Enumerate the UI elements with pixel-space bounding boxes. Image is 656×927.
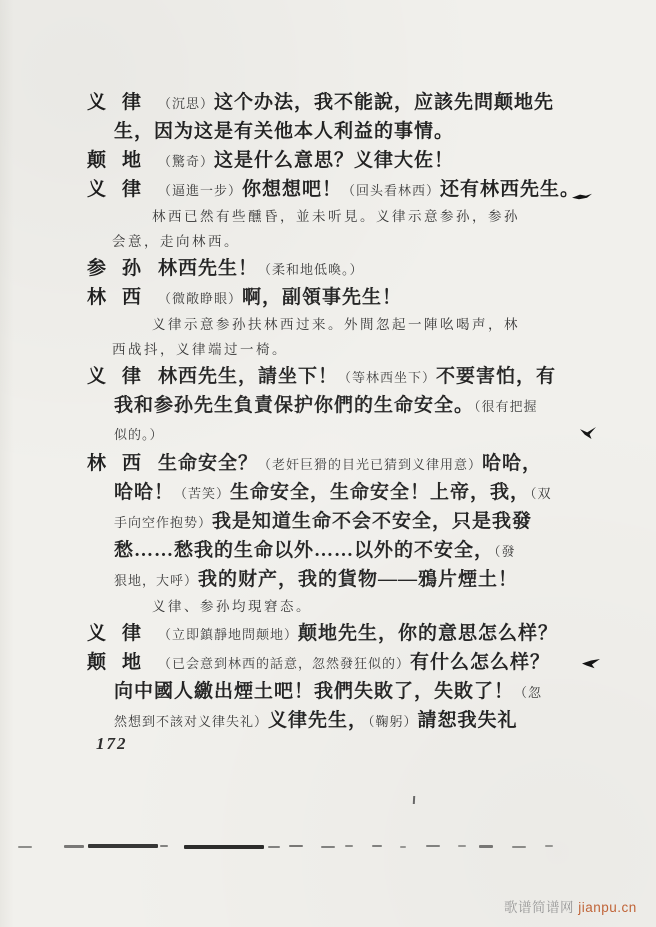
script-line-with-speaker: 义律（沉思）这个办法，我不能說，应該先問颠地先 <box>0 88 656 117</box>
dialogue-text: 林西先生，請坐下！ <box>158 366 338 387</box>
script-line: 义律示意参孙扶林西过来。外間忽起一陣吆喝声，林 <box>0 312 656 337</box>
ink-smudge-segment <box>268 846 280 848</box>
dialogue-text: 生命安全？ <box>158 453 258 474</box>
script-line: 会意，走向林西。 <box>0 229 656 254</box>
speaker-name: 颠地 <box>87 648 141 677</box>
script-line-with-speaker: 林西生命安全？（老奸巨猾的目光已猜到义律用意）哈哈， <box>0 449 656 478</box>
stage-direction-text: 似的。） <box>114 427 164 442</box>
script-line-with-speaker: 义律（逼進一步）你想想吧！（回头看林西）还有林西先生。 <box>0 175 656 204</box>
speaker-name: 林西 <box>87 283 141 312</box>
watermark-site-name: 歌谱简谱网 <box>504 900 574 915</box>
stage-direction-text: （忽 <box>514 685 542 700</box>
stage-direction-text: （微敞睁眼） <box>158 291 242 306</box>
dialogue-text: 这个办法，我不能說，应該先問颠地先 <box>214 92 554 113</box>
ink-smudge-segment <box>345 845 353 847</box>
script-line-with-speaker: 参孙林西先生！（柔和地低喚。） <box>0 254 656 283</box>
stage-direction-text: （立即鎮靜地問颠地） <box>158 627 298 642</box>
ink-smudge-segment <box>64 845 84 848</box>
script-line: 似的。） <box>0 420 656 449</box>
script-line: 狠地，大呼）我的财产，我的貨物——鴉片煙土！ <box>0 565 656 594</box>
stage-direction-text: 西战抖，义律端过一椅。 <box>112 342 288 357</box>
ink-smudge-segment <box>88 844 158 848</box>
script-line-with-speaker: 颠地（已会意到林西的話意，忽然發狂似的）有什么怎么样？ <box>0 648 656 677</box>
ink-smudge-segment <box>160 845 168 847</box>
speaker-name: 林西 <box>87 449 141 478</box>
stage-direction-text: （柔和地低喚。） <box>258 262 364 277</box>
dialogue-text: 啊，副領事先生！ <box>242 287 402 308</box>
script-line: 向中國人繳出煙土吧！我們失敗了，失敗了！（忽 <box>0 677 656 706</box>
ink-smudge-line <box>0 843 656 851</box>
script-line-with-speaker: 林西（微敞睁眼）啊，副領事先生！ <box>0 283 656 312</box>
dialogue-text: 有什么怎么样？ <box>410 652 550 673</box>
script-line: 西战抖，义律端过一椅。 <box>0 337 656 362</box>
script-lines: 义律（沉思）这个办法，我不能說，应該先問颠地先生，因为这是有关他本人利益的事情。… <box>0 88 656 735</box>
dialogue-text: 向中國人繳出煙土吧！我們失敗了，失敗了！ <box>114 681 514 702</box>
dialogue-text: 愁……愁我的生命以外……以外的不安全， <box>114 540 494 561</box>
ink-smudge-segment <box>426 845 440 847</box>
script-line: 林西已然有些醺昏，並未听見。义律示意参孙，参孙 <box>0 204 656 229</box>
scanned-book-page: 义律（沉思）这个办法，我不能說，应該先問颠地先生，因为这是有关他本人利益的事情。… <box>0 0 656 927</box>
stage-direction-text: 手向空作抱势） <box>114 515 212 530</box>
script-line: 手向空作抱势）我是知道生命不会不安全，只是我發 <box>0 507 656 536</box>
dialogue-text: 哈哈！ <box>114 482 174 503</box>
ink-smudge-segment <box>289 845 303 847</box>
page-number: 172 <box>96 734 128 754</box>
ink-smudge-segment <box>458 845 466 847</box>
stage-direction-text: （回头看林西） <box>342 183 440 198</box>
dialogue-text: 請恕我失礼 <box>418 710 518 731</box>
ink-smudge-segment <box>184 845 264 849</box>
stage-direction-text: （逼進一步） <box>158 183 242 198</box>
dialogue-text: 颠地先生，你的意思怎么样？ <box>298 623 558 644</box>
stage-direction-text: （等林西坐下） <box>338 370 436 385</box>
stage-direction-text: 狠地，大呼） <box>114 573 198 588</box>
speaker-name: 义律 <box>87 175 141 204</box>
dialogue-text: 我是知道生命不会不安全，只是我發 <box>212 511 532 532</box>
ink-speck <box>413 796 415 804</box>
stage-direction-text: （已会意到林西的話意，忽然發狂似的） <box>158 656 410 671</box>
speaker-name: 义律 <box>87 619 141 648</box>
stage-direction-text: （双 <box>530 486 552 501</box>
dialogue-text: 林西先生！ <box>158 258 258 279</box>
dialogue-text: 我的财产，我的貨物——鴉片煙土！ <box>198 569 518 590</box>
ink-smudge-segment <box>545 845 553 847</box>
stage-direction-text: 然想到不該对义律失礼） <box>114 714 268 729</box>
stage-direction-text: 林西已然有些醺昏，並未听見。义律示意参孙，参孙 <box>152 209 520 224</box>
stage-direction-text: 义律示意参孙扶林西过来。外間忽起一陣吆喝声，林 <box>152 317 520 332</box>
watermark-site-url: jianpu.cn <box>578 900 637 915</box>
dialogue-text: 义律先生， <box>268 710 368 731</box>
stage-direction-text: 会意，走向林西。 <box>112 234 240 249</box>
speaker-name: 参孙 <box>87 254 141 283</box>
dialogue-text: 这是什么意思？义律大佐！ <box>214 150 454 171</box>
script-line-with-speaker: 颠地（驚奇）这是什么意思？义律大佐！ <box>0 146 656 175</box>
dialogue-text: 还有林西先生。 <box>440 179 580 200</box>
stage-direction-text: （苦笑） <box>174 486 230 501</box>
script-line: 生，因为这是有关他本人利益的事情。 <box>0 117 656 146</box>
stage-direction-text: （很有把握 <box>474 399 538 414</box>
ink-smudge-segment <box>372 845 382 847</box>
speaker-name: 颠地 <box>87 146 141 175</box>
script-line-with-speaker: 义律（立即鎮靜地問颠地）颠地先生，你的意思怎么样？ <box>0 619 656 648</box>
ink-smudge-segment <box>400 846 406 848</box>
script-line: 然想到不該对义律失礼）义律先生，（鞠躬）請恕我失礼 <box>0 706 656 735</box>
speaker-name: 义律 <box>87 362 141 391</box>
script-line: 义律、参孙均現窘态。 <box>0 594 656 619</box>
stage-direction-text: （發 <box>494 544 516 559</box>
stage-direction-text: （沉思） <box>158 96 214 111</box>
dialogue-text: 你想想吧！ <box>242 179 342 200</box>
script-line: 我和参孙先生負責保护你們的生命安全。（很有把握 <box>0 391 656 420</box>
dialogue-text: 不要害怕，有 <box>436 366 556 387</box>
ink-smudge-segment <box>18 846 32 848</box>
script-line-with-speaker: 义律林西先生，請坐下！（等林西坐下）不要害怕，有 <box>0 362 656 391</box>
dialogue-text: 我和参孙先生負責保护你們的生命安全。 <box>114 395 474 416</box>
speaker-name: 义律 <box>87 88 141 117</box>
ink-smudge-segment <box>321 846 335 848</box>
dialogue-text: 哈哈， <box>482 453 542 474</box>
dialogue-text: 生，因为这是有关他本人利益的事情。 <box>114 121 454 142</box>
script-line: 哈哈！（苦笑）生命安全，生命安全！上帝，我，（双 <box>0 478 656 507</box>
stage-direction-text: （鞠躬） <box>368 714 418 729</box>
dialogue-text: 生命安全，生命安全！上帝，我， <box>230 482 530 503</box>
stage-direction-text: （驚奇） <box>158 154 214 169</box>
script-line: 愁……愁我的生命以外……以外的不安全，（發 <box>0 536 656 565</box>
ink-smudge-segment <box>479 845 493 848</box>
stage-direction-text: （老奸巨猾的目光已猜到义律用意） <box>258 457 482 472</box>
ink-smudge-segment <box>512 846 526 848</box>
watermark: 歌谱简谱网 jianpu.cn <box>504 896 637 916</box>
stage-direction-text: 义律、参孙均現窘态。 <box>152 599 312 614</box>
